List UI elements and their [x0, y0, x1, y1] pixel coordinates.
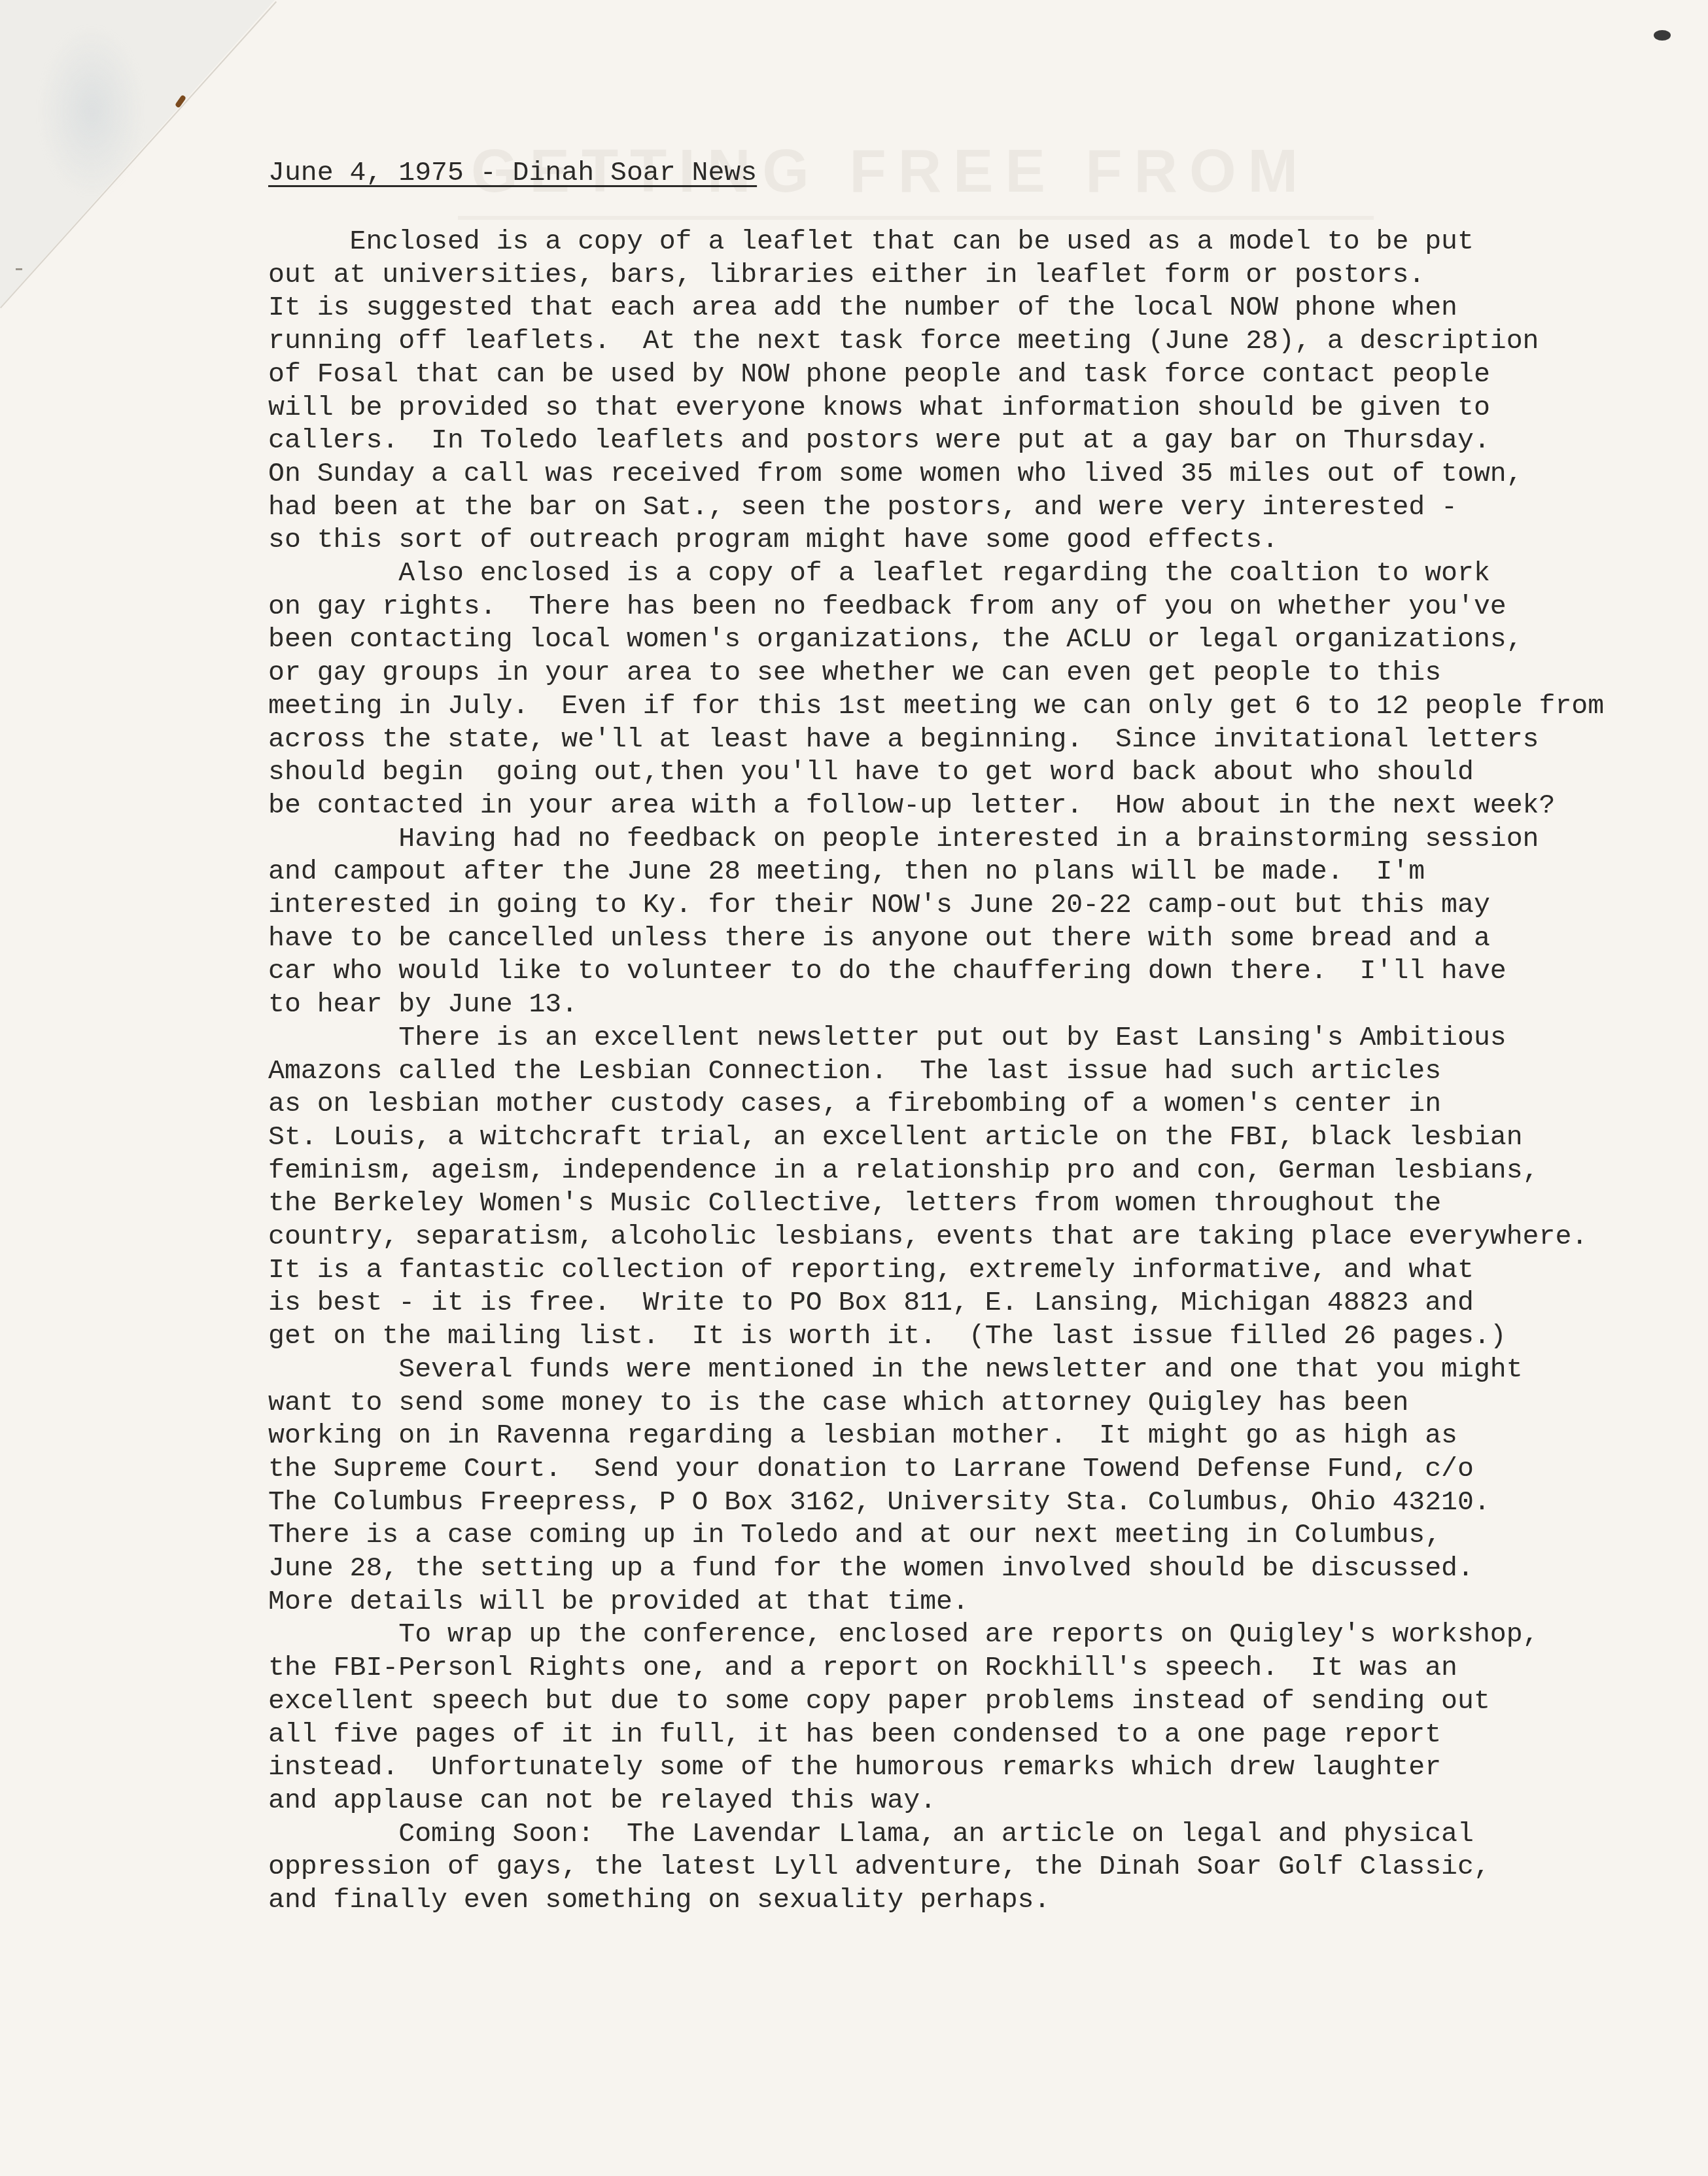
text-line: and finally even something on sexuality … [268, 1884, 1050, 1917]
text-line: should begin going out,then you'll have … [268, 756, 1474, 789]
text-line: Amazons called the Lesbian Connection. T… [268, 1055, 1441, 1088]
text-line: To wrap up the conference, enclosed are … [268, 1619, 1539, 1651]
margin-mark [16, 268, 22, 270]
text-line: interested in going to Ky. for their NOW… [268, 889, 1490, 922]
text-line: across the state, we'll at least have a … [268, 724, 1539, 756]
text-line: all five pages of it in full, it has bee… [268, 1719, 1441, 1751]
text-line: On Sunday a call was received from some … [268, 458, 1523, 491]
text-line: oppression of gays, the latest Lyll adve… [268, 1851, 1490, 1884]
text-line: It is a fantastic collection of reportin… [268, 1254, 1474, 1287]
text-line: the FBI-Personl Rights one, and a report… [268, 1652, 1457, 1685]
text-line: More details will be provided at that ti… [268, 1586, 969, 1619]
text-line: to hear by June 13. [268, 989, 578, 1021]
text-line: running off leaflets. At the next task f… [268, 325, 1539, 358]
text-line: will be provided so that everyone knows … [268, 392, 1490, 425]
showthrough-rule [458, 216, 1374, 220]
text-line: feminism, ageism, independence in a rela… [268, 1155, 1539, 1187]
text-line: the Supreme Court. Send your donation to… [268, 1453, 1474, 1486]
document-heading: June 4, 1975 - Dinah Soar News [268, 157, 757, 190]
text-line: callers. In Toledo leaflets and postors … [268, 425, 1490, 457]
text-line: as on lesbian mother custody cases, a fi… [268, 1088, 1441, 1121]
text-line: the Berkeley Women's Music Collective, l… [268, 1187, 1441, 1220]
text-line: There is a case coming up in Toledo and … [268, 1519, 1441, 1552]
document-page: GETTING FREE FROM June 4, 1975 - Dinah S… [0, 0, 1708, 2176]
text-line: and applause can not be relayed this way… [268, 1785, 936, 1817]
text-line: out at universities, bars, libraries eit… [268, 259, 1425, 292]
text-line: excellent speech but due to some copy pa… [268, 1685, 1490, 1718]
text-line: Several funds were mentioned in the news… [268, 1354, 1523, 1386]
text-line: It is suggested that each area add the n… [268, 292, 1457, 325]
text-line: been contacting local women's organizati… [268, 623, 1523, 656]
text-line: get on the mailing list. It is worth it.… [268, 1320, 1507, 1353]
text-line: Having had no feedback on people interes… [268, 823, 1539, 856]
text-line: on gay rights. There has been no feedbac… [268, 591, 1507, 623]
text-line: of Fosal that can be used by NOW phone p… [268, 359, 1490, 391]
text-line: country, separatism, alcoholic lesbians,… [268, 1221, 1588, 1254]
ink-spot [1654, 30, 1671, 41]
text-line: or gay groups in your area to see whethe… [268, 657, 1441, 690]
text-line: June 28, the setting up a fund for the w… [268, 1553, 1474, 1585]
text-line: had been at the bar on Sat., seen the po… [268, 491, 1457, 524]
text-line: have to be cancelled unless there is any… [268, 922, 1490, 955]
text-line: Enclosed is a copy of a leaflet that can… [268, 226, 1474, 258]
text-line: and campout after the June 28 meeting, t… [268, 856, 1425, 888]
text-line: There is an excellent newsletter put out… [268, 1022, 1507, 1055]
text-line: Coming Soon: The Lavendar Llama, an arti… [268, 1818, 1474, 1851]
text-line: working on in Ravenna regarding a lesbia… [268, 1420, 1457, 1452]
text-line: be contacted in your area with a follow-… [268, 790, 1555, 822]
text-line: instead. Unfortunately some of the humor… [268, 1751, 1441, 1784]
text-line: The Columbus Freepress, P O Box 3162, Un… [268, 1486, 1490, 1519]
text-line: St. Louis, a witchcraft trial, an excell… [268, 1121, 1523, 1154]
text-line: is best - it is free. Write to PO Box 81… [268, 1287, 1474, 1320]
text-line: Also enclosed is a copy of a leaflet reg… [268, 557, 1490, 590]
text-line: so this sort of outreach program might h… [268, 524, 1278, 557]
text-line: meeting in July. Even if for this 1st me… [268, 690, 1604, 723]
text-line: car who would like to volunteer to do th… [268, 955, 1507, 988]
fold-shadow [39, 26, 144, 196]
text-line: want to send some money to is the case w… [268, 1387, 1408, 1420]
